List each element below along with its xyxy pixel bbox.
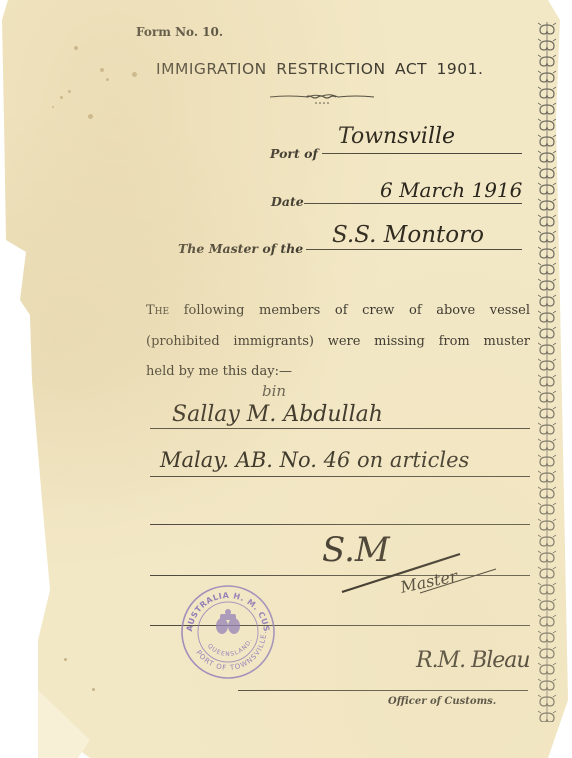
crew-rule-1 xyxy=(150,428,530,429)
officer-signature: R.M. Bleau xyxy=(416,648,530,673)
master-value: S.S. Montoro xyxy=(332,222,484,248)
body-line-1-text: following members of crew of above vesse… xyxy=(184,303,530,318)
act-title: IMMIGRATION RESTRICTION ACT 1901. xyxy=(156,60,516,78)
date-label: Date xyxy=(271,194,304,209)
date-rule xyxy=(304,203,522,204)
foxing-spot xyxy=(74,46,78,50)
crew-entry-2: Malay. AB. No. 46 on articles xyxy=(160,448,469,472)
foxing-spot xyxy=(68,90,71,93)
crew-rule-2 xyxy=(150,476,530,477)
master-label: The Master of the xyxy=(178,241,303,256)
body-line-3: held by me this day:— xyxy=(146,357,530,388)
port-label: Port of xyxy=(270,146,318,161)
title-underline-icon xyxy=(418,565,498,595)
foxing-spot xyxy=(106,78,109,81)
foxing-spot xyxy=(132,72,137,77)
foxing-spot xyxy=(60,96,63,99)
crew-insertion: bin xyxy=(262,382,286,400)
ornamental-border-icon xyxy=(536,22,558,722)
foxing-spot xyxy=(100,68,104,72)
crew-rule-3 xyxy=(150,524,530,525)
form-number: Form No. 10. xyxy=(136,25,223,39)
document-paper: Form No. 10. IMMIGRATION RESTRICTION ACT… xyxy=(0,0,572,758)
body-paragraph: The following members of crew of above v… xyxy=(146,296,530,388)
foxing-spot xyxy=(64,658,67,661)
officer-rule xyxy=(238,690,528,691)
body-line-2: (prohibited immigrants) were missing fro… xyxy=(146,327,530,358)
port-value: Townsville xyxy=(338,124,455,149)
officer-label: Officer of Customs. xyxy=(388,696,496,707)
flourish-ornament-icon xyxy=(268,92,376,106)
date-value: 6 March 1916 xyxy=(380,178,522,202)
crew-entry-1: Sallay M. Abdullah xyxy=(172,402,383,427)
master-rule xyxy=(306,249,522,250)
foxing-spot xyxy=(88,114,93,119)
body-lead: The xyxy=(146,303,169,318)
foxing-spot xyxy=(92,688,95,691)
customs-stamp-icon: AUSTRALIA H. M. CUSTOMS. QUEENSLAND. POR… xyxy=(178,582,278,682)
body-line-1: The following members of crew of above v… xyxy=(146,296,530,327)
port-rule xyxy=(322,153,522,154)
foxing-spot xyxy=(52,106,54,108)
